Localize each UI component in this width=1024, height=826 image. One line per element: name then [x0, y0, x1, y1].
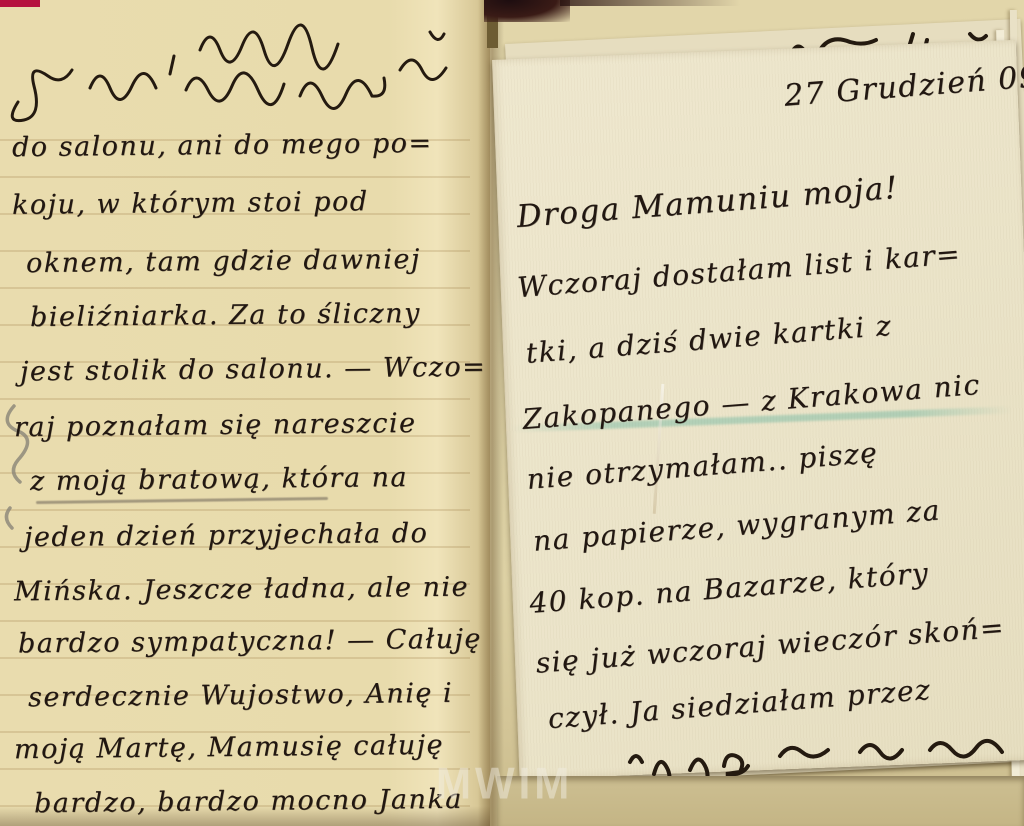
watermark-text: MWIM	[436, 759, 573, 809]
handwriting-line: oknem, tam gdzie dawniej	[26, 244, 421, 279]
handwriting-line: 40 kop. na Bazarze, który	[528, 556, 930, 620]
page-bottom-shadow	[0, 806, 497, 826]
binding-shadow-fade	[560, 0, 740, 6]
letter-date: 27 Grudzień 09	[783, 59, 1024, 114]
handwriting-line: jeden dzień przyjechała do	[24, 518, 429, 553]
handwriting-line: bardzo sympatyczna! — Całuję	[18, 624, 482, 660]
handwriting-line: raj poznałam się nareszcie	[14, 408, 417, 443]
inverted-handwriting	[0, 10, 480, 120]
handwriting-line: Zakopanego — z Krakowa nic	[521, 368, 982, 436]
handwriting-line: Mińska. Jeszcze ładna, ale nie	[14, 572, 469, 608]
underlying-page-strip	[497, 776, 1024, 826]
handwriting-line: jest stolik do salonu. — Wczo=	[20, 352, 487, 388]
handwriting-line: czył. Ja siedziałam przez	[547, 673, 933, 735]
handwriting-line: do salonu, ani do mego po=	[12, 128, 433, 163]
handwriting-line: na papierze, wygranym za	[532, 493, 942, 557]
handwriting-line: bieliźniarka. Za to śliczny	[30, 298, 421, 333]
binding-shadow	[484, 0, 570, 22]
handwriting-line: nie otrzymałam.. piszę	[525, 436, 879, 496]
handwriting-line: tki, a dziś dwie kartki z	[525, 309, 894, 370]
handwriting-line: serdecznie Wujostwo, Anię i	[28, 678, 453, 713]
letter-salutation: Droga Mamuniu moja!	[515, 170, 900, 235]
handwriting-line: się już wczoraj wieczór skoń=	[535, 611, 1006, 680]
letter-scan: do salonu, ani do mego po= koju, w który…	[0, 0, 1024, 826]
handwriting-line: koju, w którym stoi pod	[12, 186, 369, 221]
letter-sheet: 27 Grudzień 09 Droga Mamuniu moja! Wczor…	[492, 40, 1024, 780]
handwriting-line: Wczoraj dostałam list i kar=	[516, 237, 962, 304]
handwriting-line: z moją bratową, która na	[30, 462, 408, 497]
handwriting-line: moją Martę, Mamusię całuję	[14, 730, 444, 766]
cover-red-edge	[0, 0, 40, 7]
